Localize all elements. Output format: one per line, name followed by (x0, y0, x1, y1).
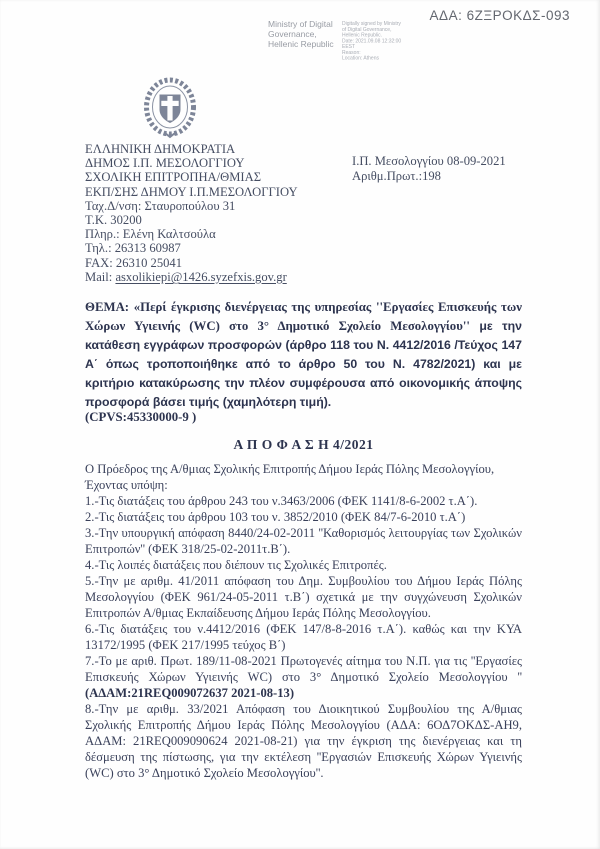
letterhead-line: ΔΗΜΟΣ Ι.Π. ΜΕΣΟΛΟΓΓΙΟΥ (85, 156, 375, 170)
email-link[interactable]: asxolikiepi@1426.syzefxis.gov.gr (115, 270, 286, 284)
letterhead-line: ΕΛΛΗΝΙΚΗ ΔΗΜΟΚΡΑΤΙΑ (85, 142, 375, 156)
subject-title-part: ΘΕΜΑ: «Περί έγκρισης διενέργειας της υπη… (85, 300, 522, 333)
decision-intro-line: Ο Πρόεδρος της Α/θμιας Σχολικής Επιτροπή… (85, 461, 522, 477)
letterhead-lines: ΕΛΛΗΝΙΚΗ ΔΗΜΟΚΡΑΤΙΑΔΗΜΟΣ Ι.Π. ΜΕΣΟΛΟΓΓΙΟ… (85, 142, 375, 270)
letterhead-line: ΕΚΠ/ΣΗΣ ΔΗΜΟΥ Ι.Π.ΜΕΣΟΛΟΓΓΙΟΥ (85, 185, 375, 199)
hearing-item: 6.-Τις διατάξεις του ν.4412/2016 (ΦΕΚ 14… (85, 621, 522, 653)
hearing-item: 8.-Την με αριθμ. 33/2021 Απόφαση του Διο… (85, 701, 522, 781)
ada-code: ΑΔΑ: 6ΖΞΡΟΚΔΣ-093 (430, 8, 570, 23)
date-protocol-block: Ι.Π. Μεσολογγίου 08-09-2021 Αριθμ.Πρωτ.:… (352, 154, 572, 183)
decision-intro-line: Έχοντας υπόψη: (85, 477, 522, 493)
mail-label: Mail: (85, 270, 115, 284)
subject-paragraph: ΘΕΜΑ: «Περί έγκρισης διενέργειας της υπη… (85, 298, 522, 412)
hearing-item: 1.-Τις διατάξεις του άρθρου 243 του ν.34… (85, 493, 522, 509)
letterhead-line: Ταχ.Δ/νση: Σταυροπούλου 31 (85, 199, 375, 213)
hearing-item: 4.-Τις λοιπές διατάξεις που διέπουν τις … (85, 557, 522, 573)
hearing-item: 5.-Την με αριθμ. 41/2011 απόφαση του Δημ… (85, 573, 522, 621)
hearing-item: 3.-Την υπουργική απόφαση 8440/24-02-2011… (85, 525, 522, 557)
cpvs-code: (CPVS:45330000-9 ) (85, 410, 196, 425)
coat-of-arms-icon (139, 76, 201, 142)
hearing-item: 2.-Τις διατάξεις του άρθρου 103 του ν. 3… (85, 509, 522, 525)
letterhead-line: FAX: 26310 25041 (85, 256, 375, 270)
protocol-number: Αριθμ.Πρωτ.:198 (352, 169, 572, 184)
decision-intro: Ο Πρόεδρος της Α/θμιας Σχολικής Επιτροπή… (85, 461, 522, 493)
hearing-item: 7.-Το με αριθ. Πρωτ. 189/11-08-2021 Πρωτ… (85, 653, 522, 701)
scanned-document-page: ΑΔΑ: 6ΖΞΡΟΚΔΣ-093 Ministry of DigitalGov… (0, 0, 600, 849)
decision-heading: Α Π Ο Φ Α Σ Η 4/2021 (85, 437, 522, 453)
place-date: Ι.Π. Μεσολογγίου 08-09-2021 (352, 154, 572, 169)
letterhead-line: Πληρ.: Ελένη Καλτσούλα (85, 227, 375, 241)
signature-authority-line: Hellenic Republic (268, 39, 342, 49)
hearing-list: 1.-Τις διατάξεις του άρθρου 243 του ν.34… (85, 493, 522, 781)
decision-body: Ο Πρόεδρος της Α/θμιας Σχολικής Επιτροπή… (85, 461, 522, 781)
letterhead-line: Τ.Κ. 30200 (85, 213, 375, 227)
signature-authority: Ministry of DigitalGovernance,Hellenic R… (268, 19, 342, 49)
letterhead-line: ΣΧΟΛΙΚΗ ΕΠΙΤΡΟΠΗΑ/ΘΜΙΑΣ (85, 170, 375, 184)
signature-details: Digitally signed by Ministryof Digital G… (342, 21, 417, 61)
signature-authority-line: Ministry of Digital (268, 19, 342, 29)
mail-line: Mail: asxolikiepi@1426.syzefxis.gov.gr (85, 270, 375, 284)
letterhead-block: ΕΛΛΗΝΙΚΗ ΔΗΜΟΚΡΑΤΙΑΔΗΜΟΣ Ι.Π. ΜΕΣΟΛΟΓΓΙΟ… (85, 142, 375, 284)
signature-authority-line: Governance, (268, 29, 342, 39)
signature-detail-line: Location: Athens (342, 56, 417, 62)
letterhead-line: Τηλ.: 26313 60987 (85, 241, 375, 255)
